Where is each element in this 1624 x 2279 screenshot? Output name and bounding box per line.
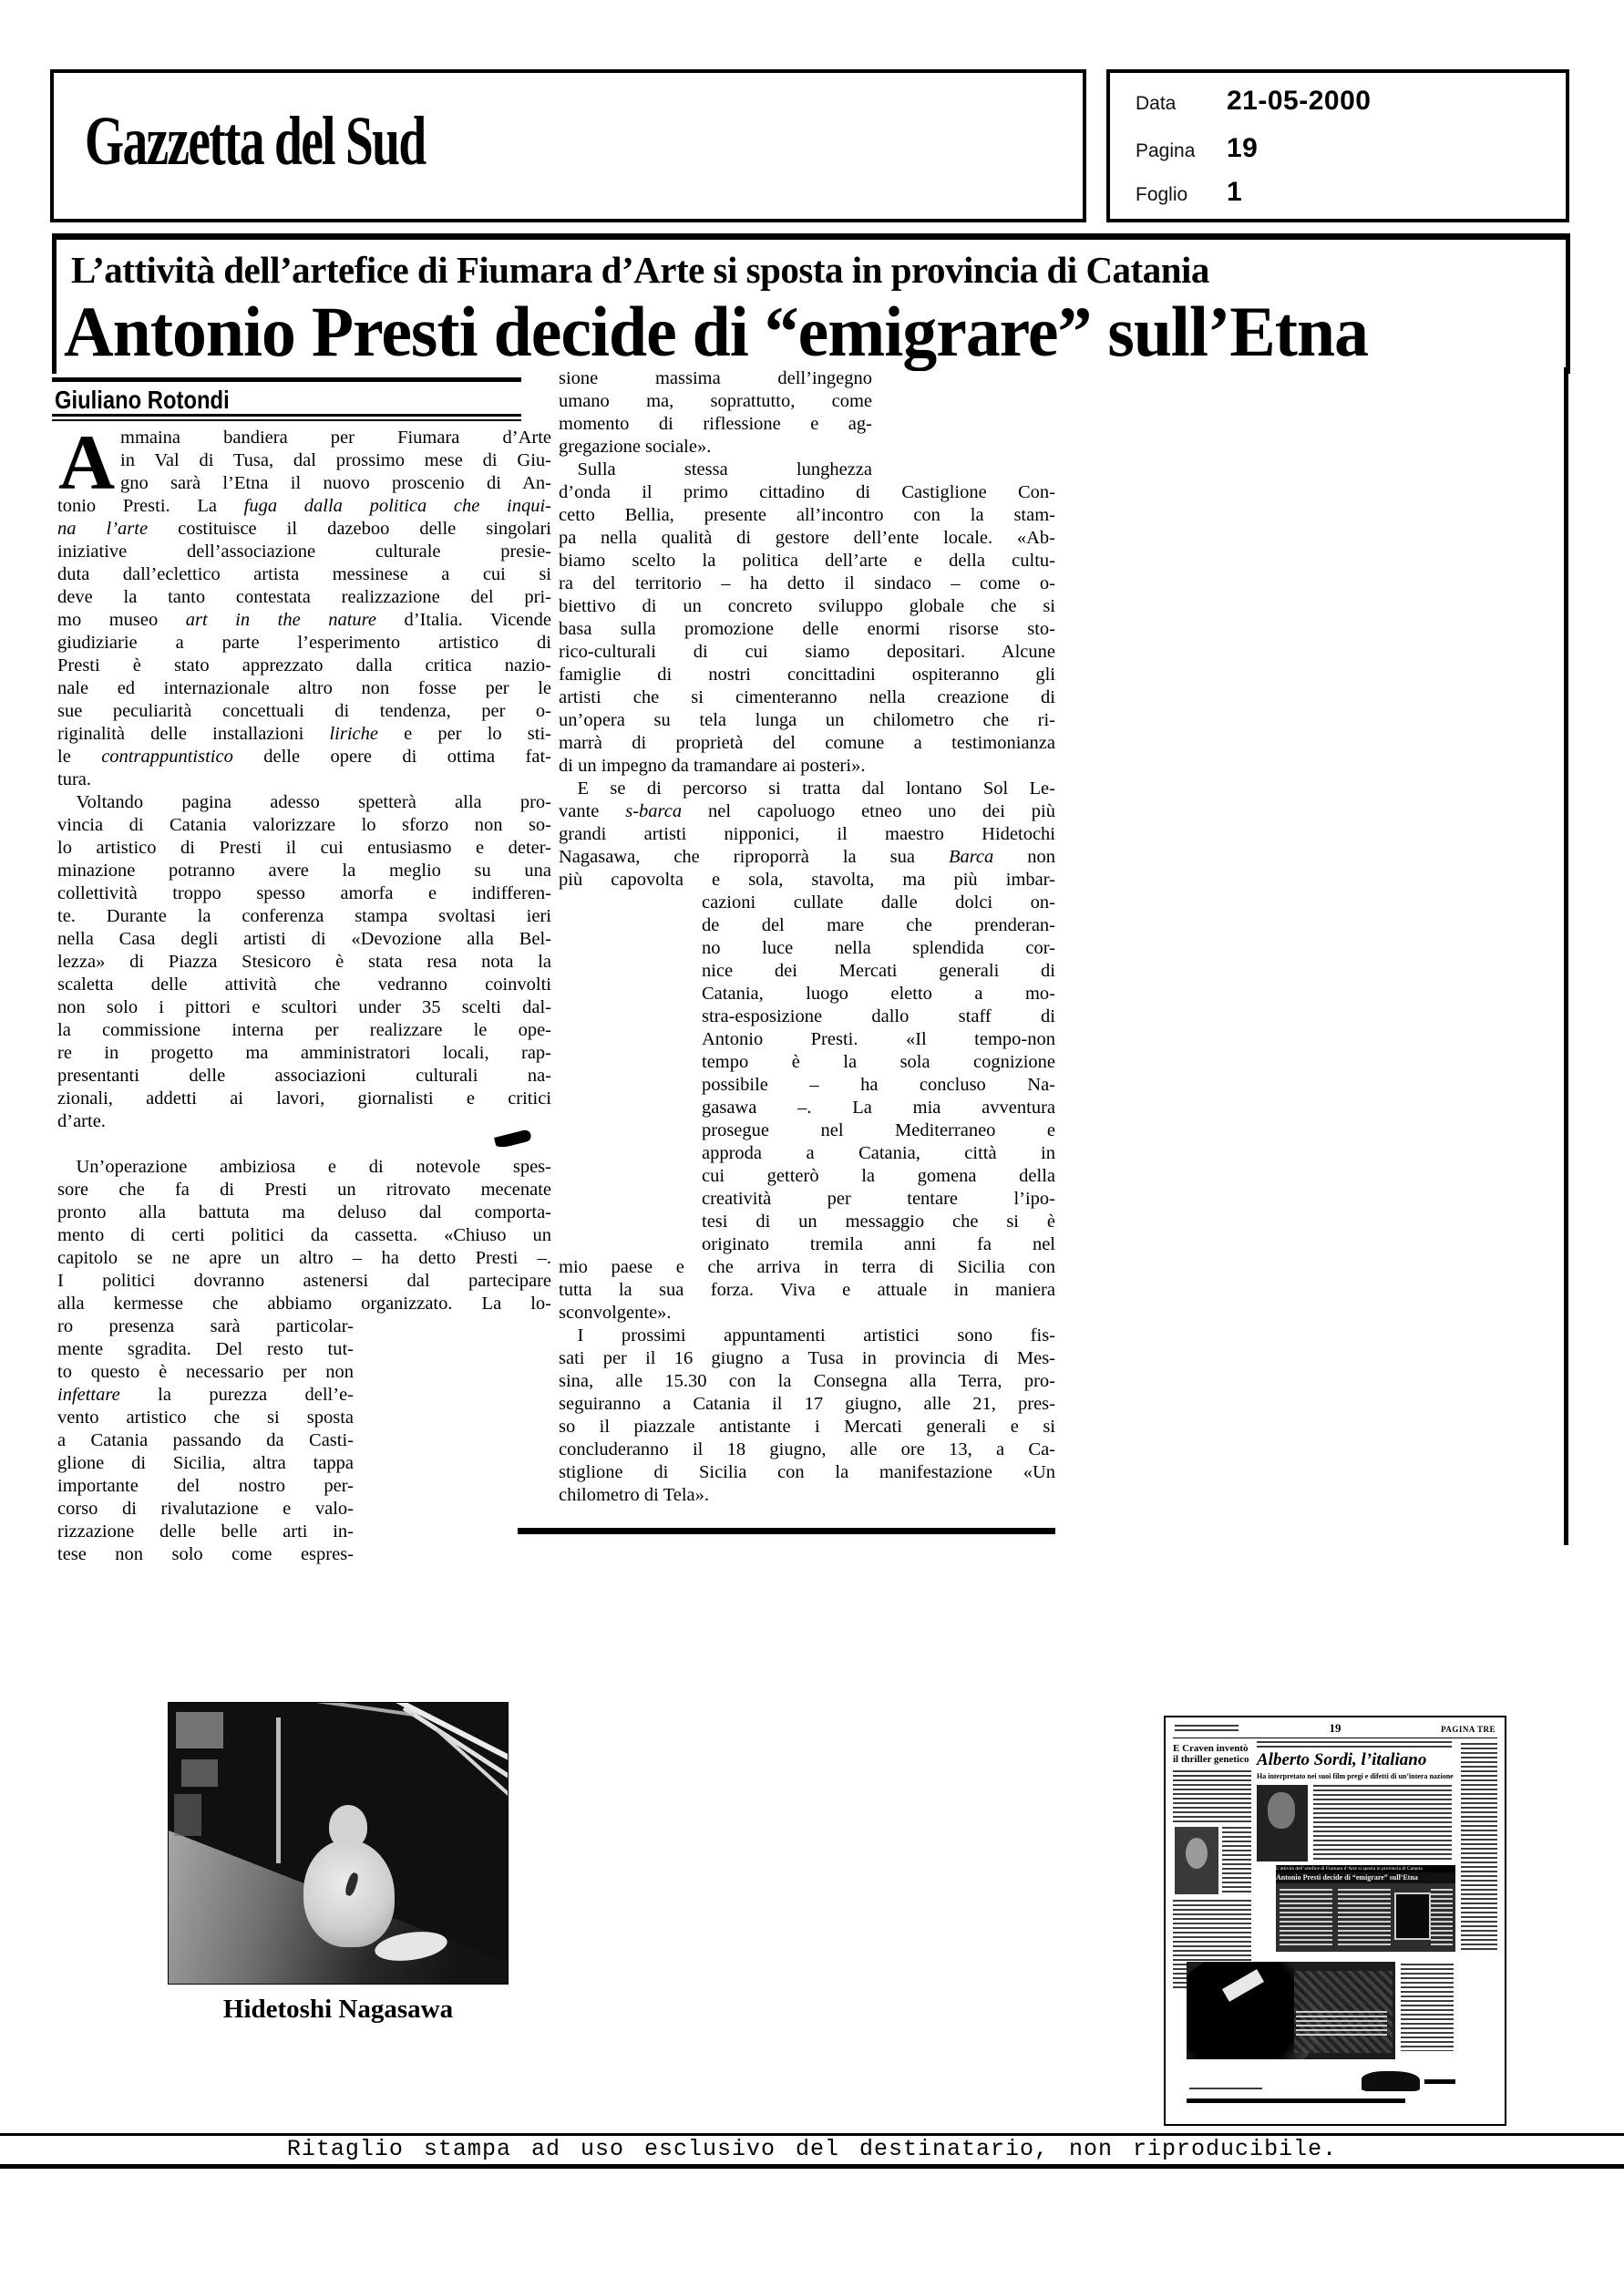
article-text-line: I politici dovranno astenersi dal partec… xyxy=(57,1270,551,1293)
col1-paragraph1: tonio Presti. La fuga dalla politica che… xyxy=(57,495,551,1133)
article-text-line: ro presenza sarà particolar- xyxy=(57,1315,354,1338)
article-text-line: nale ed internazionale altro non fosse p… xyxy=(57,677,551,700)
article-text-line: momento di riflessione e ag- xyxy=(559,413,872,436)
article-text-line: nice dei Mercati generali di xyxy=(702,960,1055,983)
article-text-line: importante del nostro per- xyxy=(57,1475,354,1498)
article-text-line: tutta la sua forza. Viva e attuale in ma… xyxy=(559,1279,1055,1302)
article-text-line: mente sgradita. Del resto tut- xyxy=(57,1338,354,1361)
article-text-line: lezza» di Piazza Stesicoro è stata resa … xyxy=(57,951,551,974)
article-text-line: sue peculiarità concettuali di tendenza,… xyxy=(57,700,551,723)
article-text-line: possibile – ha concluso Na- xyxy=(702,1074,1055,1097)
article-text-line: un’opera su tela lunga un chilometro che… xyxy=(559,709,1055,732)
article-text-line: iniziative dell’associazione culturale p… xyxy=(57,541,551,563)
article-text-line: concluderanno il 18 giugno, alle ore 13,… xyxy=(559,1439,1055,1461)
thumb-box-kicker: L’attività dell’artefice di Fiumara d’Ar… xyxy=(1276,1865,1455,1872)
article-text-line: zionali, addetti ai lavori, giornalisti … xyxy=(57,1088,551,1110)
byline-bottom-rule-2 xyxy=(52,419,521,421)
thumb-left-headline: E Craven inventò il thriller genetico xyxy=(1173,1743,1251,1765)
article-text-line: mio paese e che arriva in terra di Sicil… xyxy=(559,1256,1055,1279)
thumb-main-kicker-bar xyxy=(1257,1741,1452,1748)
article-kicker: L’attività dell’artefice di Fiumara d’Ar… xyxy=(71,248,1209,292)
thumb-box-col1 xyxy=(1280,1889,1332,1947)
col2-wide-bottom: mio paese e che arriva in terra di Sicil… xyxy=(559,1256,1055,1507)
article-text-line: tonio Presti. La fuga dalla politica che… xyxy=(57,495,551,518)
page-value: 19 xyxy=(1227,133,1258,164)
article-text-line: d’arte. xyxy=(57,1110,551,1133)
thumb-car-badge xyxy=(1424,2079,1455,2084)
article-text-line: mmaina bandiera per Fiumara d’Arte xyxy=(120,427,551,449)
article-text-line: scaletta delle attività che vedranno coi… xyxy=(57,974,551,996)
footer-bottom-rule xyxy=(0,2164,1624,2169)
article-text-line: de del mare che prenderan- xyxy=(702,914,1055,937)
article-text-line: duta dall’eclettico artista messinese a … xyxy=(57,563,551,586)
date-value: 21-05-2000 xyxy=(1227,86,1371,117)
article-text-line: collettività troppo spesso amorfa e indi… xyxy=(57,882,551,905)
article-text-line: no luce nella splendida cor- xyxy=(702,937,1055,960)
byline-top-rule xyxy=(52,377,521,382)
masthead-box: Gazzetta del Sud xyxy=(50,69,1086,222)
article-text-line: a Catania passando da Casti- xyxy=(57,1429,354,1452)
article-text-line: stiglione di Sicilia con la manifestazio… xyxy=(559,1461,1055,1484)
article-text-line: presentanti delle associazioni culturali… xyxy=(57,1065,551,1088)
clipping-meta-box: Data 21-05-2000 Pagina 19 Foglio 1 xyxy=(1106,69,1569,222)
newspaper-logo: Gazzetta del Sud xyxy=(85,102,425,181)
thumb-left-text-2 xyxy=(1222,1827,1251,1894)
article-text-line: nella Casa degli artisti di «Devozione a… xyxy=(57,928,551,951)
thumb-bottom-caption-bar xyxy=(1187,2099,1405,2103)
article-text-line: Presti è stato apprezzato dalla critica … xyxy=(57,655,551,677)
date-label: Data xyxy=(1136,93,1176,115)
photo-left-highlight-1 xyxy=(176,1712,223,1748)
article-text-line: Un’operazione ambiziosa e di notevole sp… xyxy=(57,1156,551,1179)
headline-box: L’attività dell’artefice di Fiumara d’Ar… xyxy=(52,233,1570,374)
newspaper-clipping-page: Gazzetta del Sud Data 21-05-2000 Pagina … xyxy=(0,0,1624,2279)
article-text-line: gno sarà l’Etna il nuovo proscenio di An… xyxy=(120,472,551,495)
col2-narrow-top: sione massima dell’ingegnoumano ma, sopr… xyxy=(559,367,872,481)
right-border-rule xyxy=(1564,367,1568,1545)
sheet-value: 1 xyxy=(1227,177,1242,208)
article-text-line: re in progetto ma amministratori locali,… xyxy=(57,1042,551,1065)
article-text-line: capitolo se ne apre un altro – ha detto … xyxy=(57,1247,551,1270)
thumb-ad-photo xyxy=(1187,1962,1395,2059)
article-text-line: Sulla stessa lunghezza xyxy=(559,459,872,481)
article-text-line: prosegue nel Mediterraneo e xyxy=(702,1119,1055,1142)
article-text-line: chilometro di Tela». xyxy=(559,1484,1055,1507)
photo-streak-4 xyxy=(296,1703,414,1717)
photo-caption: Hidetoshi Nagasawa xyxy=(169,1995,508,2025)
drop-cap: A xyxy=(58,427,115,498)
thumb-ad-side-text xyxy=(1401,1964,1454,2051)
thumb-portrait-face xyxy=(1186,1838,1208,1869)
col2-indented: cazioni cullate dalle dolci on-de del ma… xyxy=(702,892,1055,1256)
article-text-line: la commissione interna per realizzare le… xyxy=(57,1019,551,1042)
article-text-line: seguiranno a Catania il 17 giugno, alle … xyxy=(559,1393,1055,1416)
article-text-line: approda a Catania, città in xyxy=(702,1142,1055,1165)
thumb-ad-text xyxy=(1296,2011,1387,2038)
article-text-line: pronto alla battuta ma deluso dal compor… xyxy=(57,1201,551,1224)
sheet-label: Foglio xyxy=(1136,184,1187,206)
article-text-line: cui getterò la gomena della xyxy=(702,1165,1055,1188)
article-text-line: umano ma, soprattutto, come xyxy=(559,390,872,413)
article-text-line: lo artistico di Presti il cui entusiasmo… xyxy=(57,837,551,860)
nagasawa-photo xyxy=(169,1703,508,1984)
article-text-line: mo museo art in the nature d’Italia. Vic… xyxy=(57,609,551,632)
thumb-sordi-face xyxy=(1268,1792,1295,1829)
article-text-line: stra-esposizione dallo staff di xyxy=(702,1005,1055,1028)
thumb-presti-box: L’attività dell’artefice di Fiumara d’Ar… xyxy=(1276,1865,1455,1952)
article-text-line: famiglie di nostri concittadini ospitera… xyxy=(559,664,1055,686)
article-text-line: sione massima dell’ingegno xyxy=(559,367,872,390)
thumb-right-column xyxy=(1461,1743,1497,1953)
thumb-car-silhouette xyxy=(1362,2071,1420,2091)
article-text-line: vento artistico che si sposta xyxy=(57,1407,354,1429)
article-text-line: di un impegno da tramandare ai posteri». xyxy=(559,755,1055,778)
thumb-top-rule xyxy=(1173,1738,1497,1738)
article-text-line: riginalità delle installazioni liriche e… xyxy=(57,723,551,746)
article-text-line: tempo è la sola cognizione xyxy=(702,1051,1055,1074)
article-text-line: vincia di Catania valorizzare lo sforzo … xyxy=(57,814,551,837)
article-text-line: cazioni cullate dalle dolci on- xyxy=(702,892,1055,914)
article-text-line: ra del territorio – ha detto il sindaco … xyxy=(559,572,1055,595)
article-text-line: marrà di proprietà del comune a testimon… xyxy=(559,732,1055,755)
thumb-sordi-photo xyxy=(1257,1785,1308,1861)
col1-paragraph2-narrow: ro presenza sarà particolar-mente sgradi… xyxy=(57,1315,354,1566)
article-text-line: E se di percorso si tratta dal lontano S… xyxy=(559,778,1055,800)
thumb-bottom-credit xyxy=(1189,2088,1262,2091)
thumb-main-text-1 xyxy=(1313,1785,1452,1861)
photo-left-highlight-3 xyxy=(174,1794,201,1836)
article-title: Antonio Presti decide di “emigrare” sull… xyxy=(64,291,1368,373)
article-text-line: in Val di Tusa, dal prossimo mese di Giu… xyxy=(120,449,551,472)
article-text-line: pa nella qualità di gestore dell’ente lo… xyxy=(559,527,1055,550)
article-text-line: sconvolgente». xyxy=(559,1302,1055,1325)
article-text-line: alla kermesse che abbiamo organizzato. L… xyxy=(57,1293,551,1315)
article-text-line: gasawa –. La mia avventura xyxy=(702,1097,1055,1119)
article-text-line: cetto Bellia, presente all’incontro con … xyxy=(559,504,1055,527)
article-text-line: rico-culturali di cui siamo depositari. … xyxy=(559,641,1055,664)
article-text-line: glione di Sicilia, altra tappa xyxy=(57,1452,354,1475)
article-text-line: to questo è necessario per non xyxy=(57,1361,354,1384)
article-text-line: tesi di un messaggio che si è xyxy=(702,1211,1055,1233)
article-text-line: Catania, luogo eletto a mo- xyxy=(702,983,1055,1005)
footer-disclaimer: Ritaglio stampa ad uso esclusivo del des… xyxy=(0,2137,1624,2162)
article-text-line: rizzazione delle belle arti in- xyxy=(57,1521,354,1543)
article-text-line: d’onda il primo cittadino di Castiglione… xyxy=(559,481,1055,504)
thumb-box-headline: Antonio Presti decide di “emigrare” sull… xyxy=(1276,1872,1455,1883)
article-text-line: so il piazzale antistante i Mercati gene… xyxy=(559,1416,1055,1439)
thumb-box-col3 xyxy=(1431,1889,1453,1947)
thumb-portrait-photo xyxy=(1175,1827,1218,1894)
article-text-line: sati per il 16 giugno a Tusa in provinci… xyxy=(559,1347,1055,1370)
photo-left-highlight-2 xyxy=(181,1759,218,1787)
article-text-line: te. Durante la conferenza stampa svoltas… xyxy=(57,905,551,928)
article-text-line: giudiziarie a parte l’esperimento artist… xyxy=(57,632,551,655)
article-text-line: corso di rivalutazione e valo- xyxy=(57,1498,354,1521)
article-text-line: originato tremila anni fa nel xyxy=(702,1233,1055,1256)
article-text-line: sina, alle 15.30 con la Consegna alla Te… xyxy=(559,1370,1055,1393)
article-text-line: più capovolta e sola, stavolta, ma più i… xyxy=(559,869,1055,892)
article-text-line: na l’arte costituisce il dazeboo delle s… xyxy=(57,518,551,541)
thumb-left-text-1 xyxy=(1173,1770,1251,1823)
col1-paragraph2-wide: Un’operazione ambiziosa e di notevole sp… xyxy=(57,1156,551,1315)
article-text-line: artisti che si cimenteranno nella creazi… xyxy=(559,686,1055,709)
article-text-line: I prossimi appuntamenti artistici sono f… xyxy=(559,1325,1055,1347)
article-text-line: basa sulla promozione delle enormi risor… xyxy=(559,618,1055,641)
article-text-line: grandi artisti nipponici, il maestro Hid… xyxy=(559,823,1055,846)
article-text-line: biettivo di un concreto sviluppo globale… xyxy=(559,595,1055,618)
byline-bottom-rule xyxy=(52,414,521,417)
article-text-line: minazione potranno avere la meglio su un… xyxy=(57,860,551,882)
article-text-line: non solo i pittori e scultori under 35 s… xyxy=(57,996,551,1019)
article-text-line: mento di certi politici da cassetta. «Ch… xyxy=(57,1224,551,1247)
article-text-line: tese non solo come espres- xyxy=(57,1543,354,1566)
col2-wide: d’onda il primo cittadino di Castiglione… xyxy=(559,481,1055,892)
thumb-main-headline: Alberto Sordi, l’italiano xyxy=(1257,1750,1475,1770)
article-text-line: Voltando pagina adesso spetterà alla pro… xyxy=(57,791,551,814)
article-text-line: infettare la purezza dell’e- xyxy=(57,1384,354,1407)
article-text-line: creatività per tentare l’ipo- xyxy=(702,1188,1055,1211)
col1-dropcap-lines: mmaina bandiera per Fiumara d’Artein Val… xyxy=(120,427,551,495)
thumb-main-subhead: Ha interpretato nei suoi film pregi e di… xyxy=(1257,1772,1475,1780)
page-label: Pagina xyxy=(1136,140,1195,162)
article-text-line: Antonio Presti. «Il tempo-non xyxy=(702,1028,1055,1051)
article-text-line: biamo scelto la politica dell’arte e del… xyxy=(559,550,1055,572)
thumb-box-photo xyxy=(1394,1892,1431,1940)
article-text-line: gregazione sociale». xyxy=(559,436,872,459)
article-text-line: sore che fa di Presti un ritrovato mecen… xyxy=(57,1179,551,1201)
thumb-folio: PAGINA TRE xyxy=(1441,1725,1496,1734)
article-text-line: vante s-barca nel capoluogo etneo uno de… xyxy=(559,800,1055,823)
source-page-thumbnail: 19 PAGINA TRE E Craven inventò il thrill… xyxy=(1164,1716,1506,2126)
article-text-line: le contrappuntistico delle opere di otti… xyxy=(57,746,551,768)
photo-vertical-streak xyxy=(276,1717,281,1863)
article-end-rule xyxy=(518,1528,1055,1534)
article-text-line: deve la tanto contestata realizzazione d… xyxy=(57,586,551,609)
thumb-box-col2 xyxy=(1338,1889,1391,1947)
article-text-line: Nagasawa, che riproporrà la sua Barca no… xyxy=(559,846,1055,869)
article-text-line: tura. xyxy=(57,768,551,791)
byline: Giuliano Rotondi xyxy=(55,386,230,415)
